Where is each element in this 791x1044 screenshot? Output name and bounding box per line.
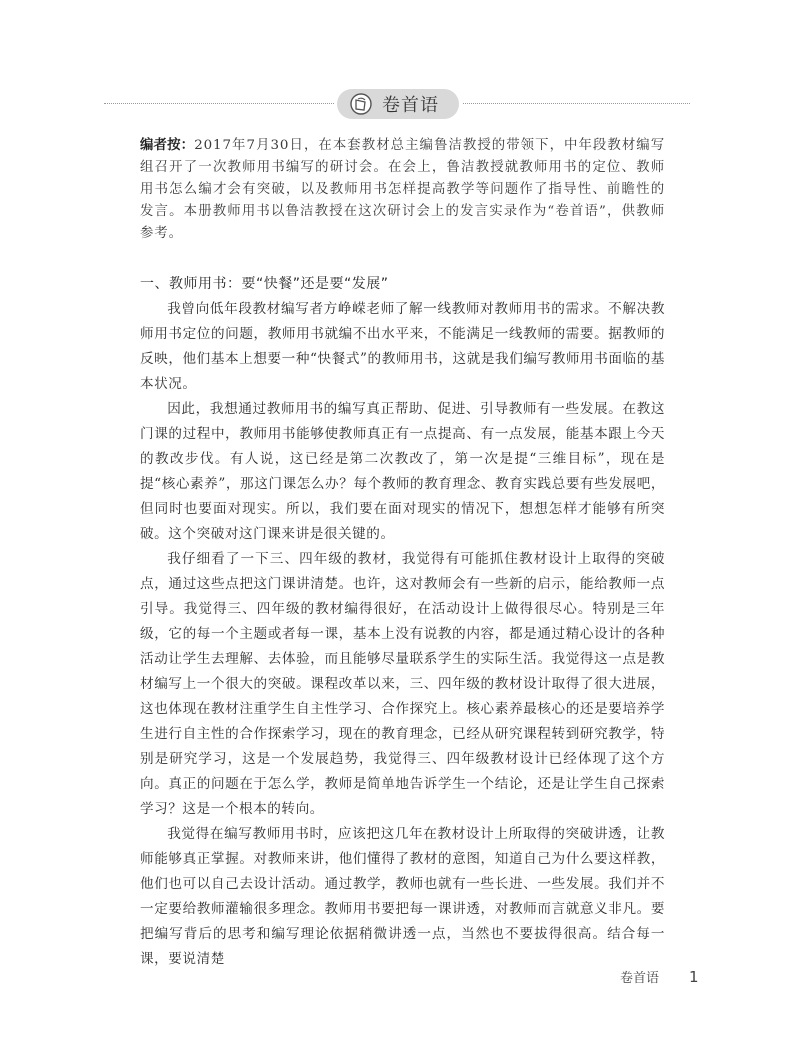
body-paragraph: 我觉得在编写教师用书时，应该把这几年在教材设计上所取得的突破讲透，让教师能够真正…	[140, 822, 665, 972]
body-paragraph: 因此，我想通过教师用书的编写真正帮助、促进、引导教师有一些发展。在教这门课的过程…	[140, 397, 665, 547]
chapter-banner: 卷首语	[337, 89, 459, 119]
editor-note-text: 2017年7月30日，在本套教材总主编鲁洁教授的带领下，中年段教材编写组召开了一…	[140, 138, 665, 241]
page-footer: 卷首语 1	[620, 967, 699, 986]
header-rule-right	[463, 103, 690, 104]
editor-note-label: 编者按：	[140, 137, 194, 153]
running-title: 卷首语	[620, 967, 659, 986]
chapter-title: 卷首语	[382, 91, 439, 117]
section-heading: 一、教师用书：要“快餐”还是要“发展”	[140, 273, 665, 293]
body-paragraph: 我仔细看了一下三、四年级的教材，我觉得有可能抓住教材设计上取得的突破点，通过这些…	[140, 547, 665, 822]
page-content: 编者按：2017年7月30日，在本套教材总主编鲁洁教授的带领下，中年段教材编写组…	[140, 134, 665, 972]
header-rule-left	[104, 103, 334, 104]
book-icon	[350, 93, 372, 115]
page-number: 1	[689, 968, 699, 986]
body-paragraph: 我曾向低年段教材编写者方峥嵘老师了解一线教师对教师用书的需求。不解决教师用书定位…	[140, 297, 665, 397]
editor-note: 编者按：2017年7月30日，在本套教材总主编鲁洁教授的带领下，中年段教材编写组…	[140, 134, 665, 245]
